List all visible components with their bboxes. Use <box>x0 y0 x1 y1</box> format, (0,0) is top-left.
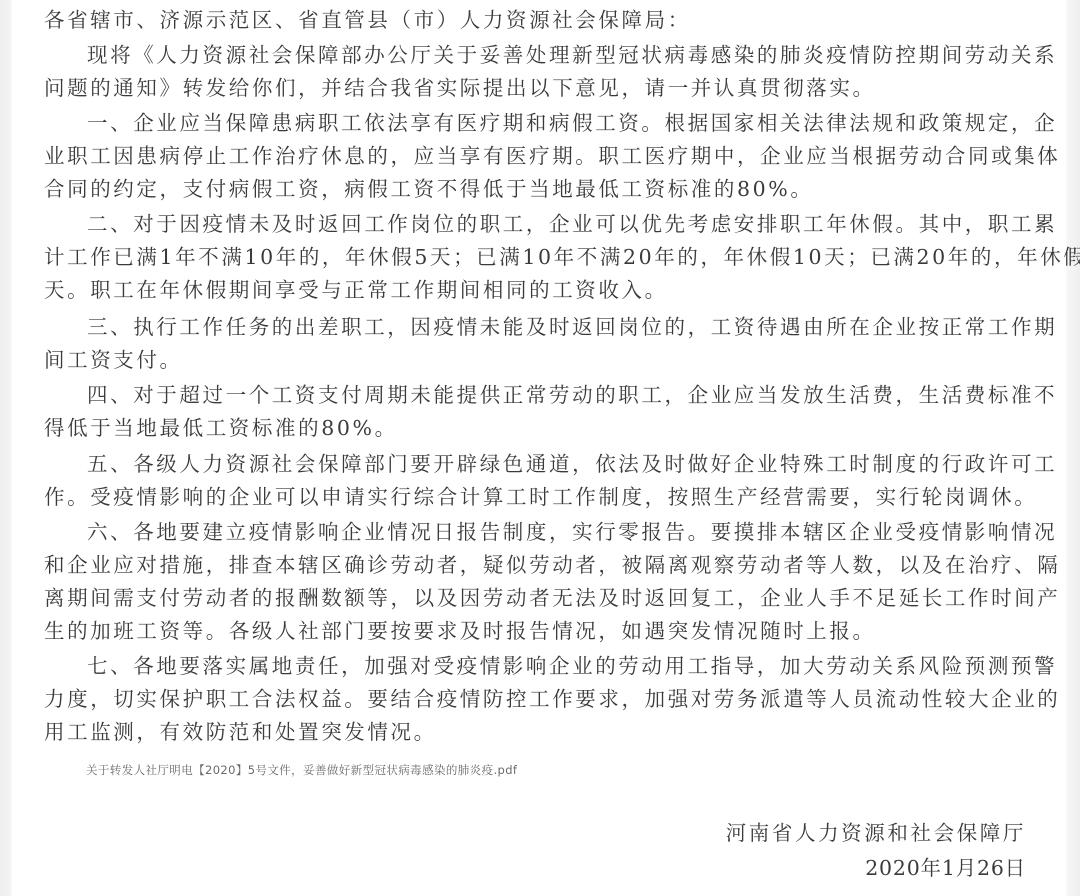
paragraph-item-2-line: 二、对于因疫情未及时返回工作岗位的职工，企业可以优先考虑安排职工年休假。其中，职… <box>87 209 1057 239</box>
signature-issuer: 河南省人力资源和社会保障厅 <box>726 818 1026 848</box>
paragraph-item-4-line: 得低于当地最低工资标准的80%。 <box>44 413 398 443</box>
paragraph-intro-line: 问题的通知》转发给你们，并结合我省实际提出以下意见，请一并认真贯彻落实。 <box>44 73 876 103</box>
paragraph-item-5-line: 五、各级人力资源社会保障部门要开辟绿色通道，依法及时做好企业特殊工时制度的行政许… <box>87 449 1057 479</box>
paragraph-item-6-line: 生的加班工资等。各级人社部门要按要求及时报告情况，如遇突发情况随时上报。 <box>44 616 876 646</box>
paragraph-item-3-line: 间工资支付。 <box>44 345 183 375</box>
paragraph-item-5-line: 作。受疫情影响的企业可以申请实行综合计算工时工作制度，按照生产经营需要，实行轮岗… <box>44 482 1037 512</box>
paragraph-item-1-line: 一、企业应当保障患病职工依法享有医疗期和病假工资。根据国家相关法律法规和政策规定… <box>87 108 1057 138</box>
paragraph-intro-line: 现将《人力资源社会保障部办公厅关于妥善处理新型冠状病毒感染的肺炎疫情防控期间劳动… <box>87 40 1057 70</box>
paragraph-item-1-line: 业职工因患病停止工作治疗休息的，应当享有医疗期。职工医疗期中，企业应当根据劳动合… <box>44 141 1060 171</box>
salutation: 各省辖市、济源示范区、省直管县（市）人力资源社会保障局： <box>44 5 691 35</box>
paragraph-item-1-line: 合同的约定，支付病假工资，病假工资不得低于当地最低工资标准的80%。 <box>44 174 813 204</box>
paragraph-item-7-line: 七、各地要落实属地责任，加强对受疫情影响企业的劳动用工指导，加大劳动关系风险预测… <box>87 651 1057 681</box>
signature-date: 2020年1月26日 <box>865 853 1026 883</box>
paragraph-item-2-line: 计工作已满1年不满10年的，年休假5天；已满10年不满20年的，年休假10天；已… <box>44 242 1080 272</box>
paragraph-item-4-line: 四、对于超过一个工资支付周期未能提供正常劳动的职工，企业应当发放生活费，生活费标… <box>87 380 1057 410</box>
paragraph-item-6-line: 离期间需支付劳动者的报酬数额等，以及因劳动者无法及时返回复工，企业人手不足延长工… <box>44 583 1060 613</box>
paragraph-item-7-line: 用工监测，有效防范和处置突发情况。 <box>44 717 437 747</box>
paragraph-item-6-line: 和企业应对措施，排查本辖区确诊劳动者，疑似劳动者，被隔离观察劳动者等人数，以及在… <box>44 550 1060 580</box>
attachment-link[interactable]: 关于转发人社厅明电【2020】5号文件，妥善做好新型冠状病毒感染的肺炎疫.pdf <box>86 762 517 778</box>
paragraph-item-2-line: 天。职工在年休假期间享受与正常工作期间相同的工资收入。 <box>44 275 668 305</box>
paragraph-item-6-line: 六、各地要建立疫情影响企业情况日报告制度，实行零报告。要摸排本辖区企业受疫情影响… <box>87 517 1057 547</box>
paragraph-item-3-line: 三、执行工作任务的出差职工，因疫情未能及时返回岗位的，工资待遇由所在企业按正常工… <box>87 312 1057 342</box>
document-page: 各省辖市、济源示范区、省直管县（市）人力资源社会保障局： 现将《人力资源社会保障… <box>12 0 1066 896</box>
paragraph-item-7-line: 力度，切实保护职工合法权益。要结合疫情防控工作要求，加强对劳务派遣等人员流动性较… <box>44 684 1060 714</box>
